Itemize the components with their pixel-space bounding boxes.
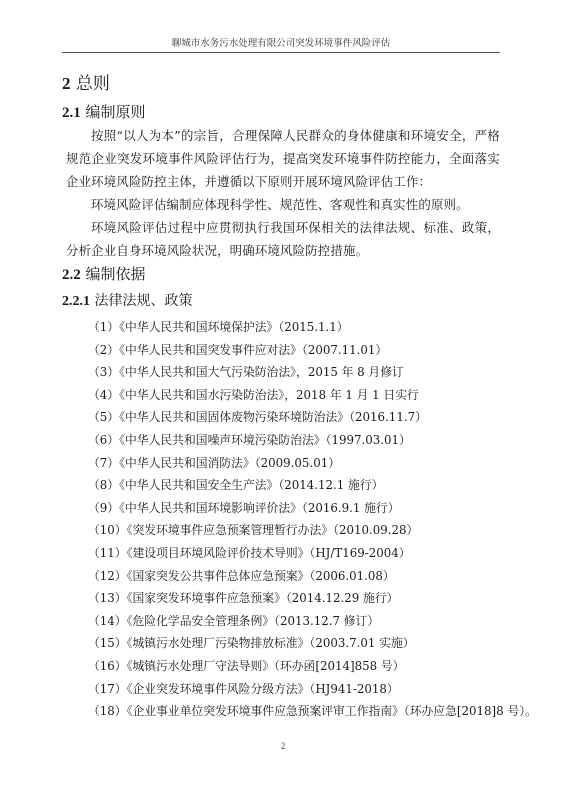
- subsection-number: 2.2: [62, 267, 81, 283]
- paragraph-principles-compliance: 环境风险评估过程中应贯彻执行我国环保相关的法律法规、标准、政策，分析企业自身环境…: [66, 216, 500, 262]
- document-title: 聊城市水务污水处理有限公司突发环境事件风险评估: [172, 38, 391, 49]
- list-item: （5）《中华人民共和国固体废物污染环境防治法》（2016.11.7）: [88, 406, 558, 429]
- list-item: （7）《中华人民共和国消防法》（2009.05.01）: [88, 452, 558, 475]
- list-item: （9）《中华人民共和国环境影响评价法》（2016.9.1 施行）: [88, 497, 558, 520]
- list-item: （2）《中华人民共和国突发事件应对法》（2007.11.01）: [88, 339, 558, 362]
- section-number: 2: [62, 74, 71, 93]
- list-item: （14）《危险化学品安全管理条例》（2013.12.7 修订）: [88, 610, 558, 633]
- subsection-2-2-heading: 2.2 编制依据: [62, 264, 146, 285]
- list-item: （17）《企业突发环境事件风险分级方法》（HJ941-2018）: [88, 678, 558, 701]
- subsection-number: 2.1: [62, 105, 81, 121]
- section-heading: 2 总则: [62, 73, 110, 95]
- list-item: （13）《国家突发环境事件应急预案》（2014.12.29 施行）: [88, 587, 558, 610]
- subsection-2-1-heading: 2.1 编制原则: [62, 102, 146, 123]
- page-number: 2: [0, 741, 566, 751]
- list-item: （16）《城镇污水处理厂守法导则》（环办函[2014]858 号）: [88, 655, 558, 678]
- list-item: （10）《突发环境事件应急预案管理暂行办法》（2010.09.28）: [88, 519, 558, 542]
- subsection-title: 编制依据: [86, 265, 146, 283]
- subsection-2-2-1-heading: 2.2.1 法律法规、政策: [62, 291, 192, 312]
- list-item: （3）《中华人民共和国大气污染防治法》，2015 年 8 月修订: [88, 361, 558, 384]
- subsection-title: 编制原则: [86, 103, 146, 121]
- page-header: 聊城市水务污水处理有限公司突发环境事件风险评估: [62, 37, 500, 53]
- paragraph-principles-intro: 按照“以人为本”的宗旨，合理保障人民群众的身体健康和环境安全，严格规范企业突发环…: [66, 124, 500, 193]
- list-item: （15）《城镇污水处理厂污染物排放标准》（2003.7.01 实施）: [88, 632, 558, 655]
- list-item: （8）《中华人民共和国安全生产法》（2014.12.1 施行）: [88, 474, 558, 497]
- regulation-list: （1）《中华人民共和国环境保护法》（2015.1.1） （2）《中华人民共和国突…: [88, 316, 558, 723]
- paragraph-principles-scientific: 环境风险评估编制应体现科学性、规范性、客观性和真实性的原则。: [66, 193, 500, 216]
- list-item: （18）《企业事业单位突发环境事件应急预案评审工作指南》（环办应急[2018]8…: [88, 700, 558, 723]
- list-item: （4）《中华人民共和国水污染防治法》，2018 年 1 月 1 日实行: [88, 384, 558, 407]
- list-item: （12）《国家突发公共事件总体应急预案》（2006.01.08）: [88, 565, 558, 588]
- list-item: （11）《建设项目环境风险评价技术导则》（HJ/T169-2004）: [88, 542, 558, 565]
- section-title: 总则: [76, 74, 110, 94]
- list-item: （6）《中华人民共和国噪声环境污染防治法》（1997.03.01）: [88, 429, 558, 452]
- subsection-number: 2.2.1: [62, 294, 90, 309]
- subsection-title: 法律法规、政策: [94, 293, 192, 309]
- list-item: （1）《中华人民共和国环境保护法》（2015.1.1）: [88, 316, 558, 339]
